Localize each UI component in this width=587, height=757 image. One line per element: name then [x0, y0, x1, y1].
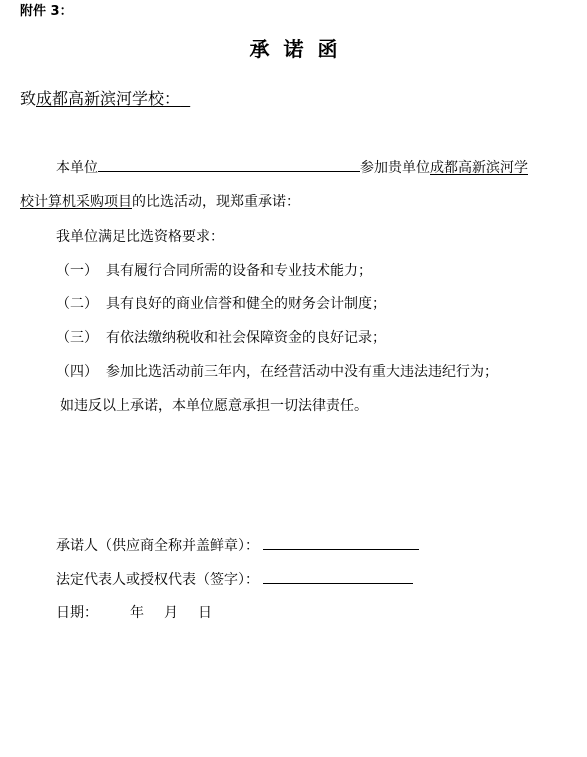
- intro-unit-label: 本单位: [56, 160, 98, 176]
- attachment-label: 附件 3：: [20, 2, 73, 22]
- unit-name-blank[interactable]: [98, 157, 360, 172]
- item-text: 参加比选活动前三年内，在经营活动中没有重大违法违纪行为；: [106, 364, 498, 380]
- promisor-label: 承诺人（供应商全称并盖鲜章）：: [56, 538, 259, 554]
- date-line: 日期：年月日: [56, 603, 212, 623]
- addressee-line: 致成都高新滨河学校：: [20, 87, 190, 111]
- intro-line-1: 本单位参加贵单位成都高新滨河学: [56, 157, 528, 178]
- requirement-item-1: （一）具有履行合同所需的设备和专业技术能力；: [56, 261, 372, 281]
- addressee-name: 成都高新滨河学校：: [36, 89, 190, 108]
- intro-commitment: 的比选活动，现郑重承诺：: [132, 194, 300, 210]
- day-label: 日: [198, 605, 212, 621]
- representative-signature-line: 法定代表人或授权代表（签字）：: [56, 569, 413, 590]
- addressee-prefix: 致: [20, 89, 36, 108]
- promisor-signature-line: 承诺人（供应商全称并盖鲜章）：: [56, 535, 419, 556]
- item-text: 具有履行合同所需的设备和专业技术能力；: [106, 263, 372, 279]
- promisor-blank[interactable]: [263, 535, 419, 550]
- closing-statement: 如违反以上承诺，本单位愿意承担一切法律责任。: [60, 396, 368, 416]
- requirement-item-2: （二）具有良好的商业信誉和健全的财务会计制度；: [56, 294, 386, 314]
- item-number: （一）: [56, 261, 106, 281]
- item-text: 具有良好的商业信誉和健全的财务会计制度；: [106, 296, 386, 312]
- project-name-part2: 校计算机采购项目: [20, 194, 132, 210]
- item-number: （三）: [56, 328, 106, 348]
- requirement-heading: 我单位满足比选资格要求：: [56, 227, 224, 247]
- year-label: 年: [130, 605, 144, 621]
- document-title: 承诺函: [0, 35, 587, 63]
- item-number: （四）: [56, 362, 106, 382]
- requirement-item-3: （三）有依法缴纳税收和社会保障资金的良好记录；: [56, 328, 386, 348]
- item-text: 有依法缴纳税收和社会保障资金的良好记录；: [106, 330, 386, 346]
- intro-line-2: 校计算机采购项目的比选活动，现郑重承诺：: [20, 192, 300, 212]
- representative-label: 法定代表人或授权代表（签字）：: [56, 572, 259, 588]
- item-number: （二）: [56, 294, 106, 314]
- month-label: 月: [164, 605, 178, 621]
- project-name-part1: 成都高新滨河学: [430, 160, 528, 176]
- date-label: 日期：: [56, 605, 98, 621]
- intro-participate-label: 参加贵单位: [360, 160, 430, 176]
- representative-blank[interactable]: [263, 569, 413, 584]
- requirement-item-4: （四）参加比选活动前三年内，在经营活动中没有重大违法违纪行为；: [56, 362, 498, 382]
